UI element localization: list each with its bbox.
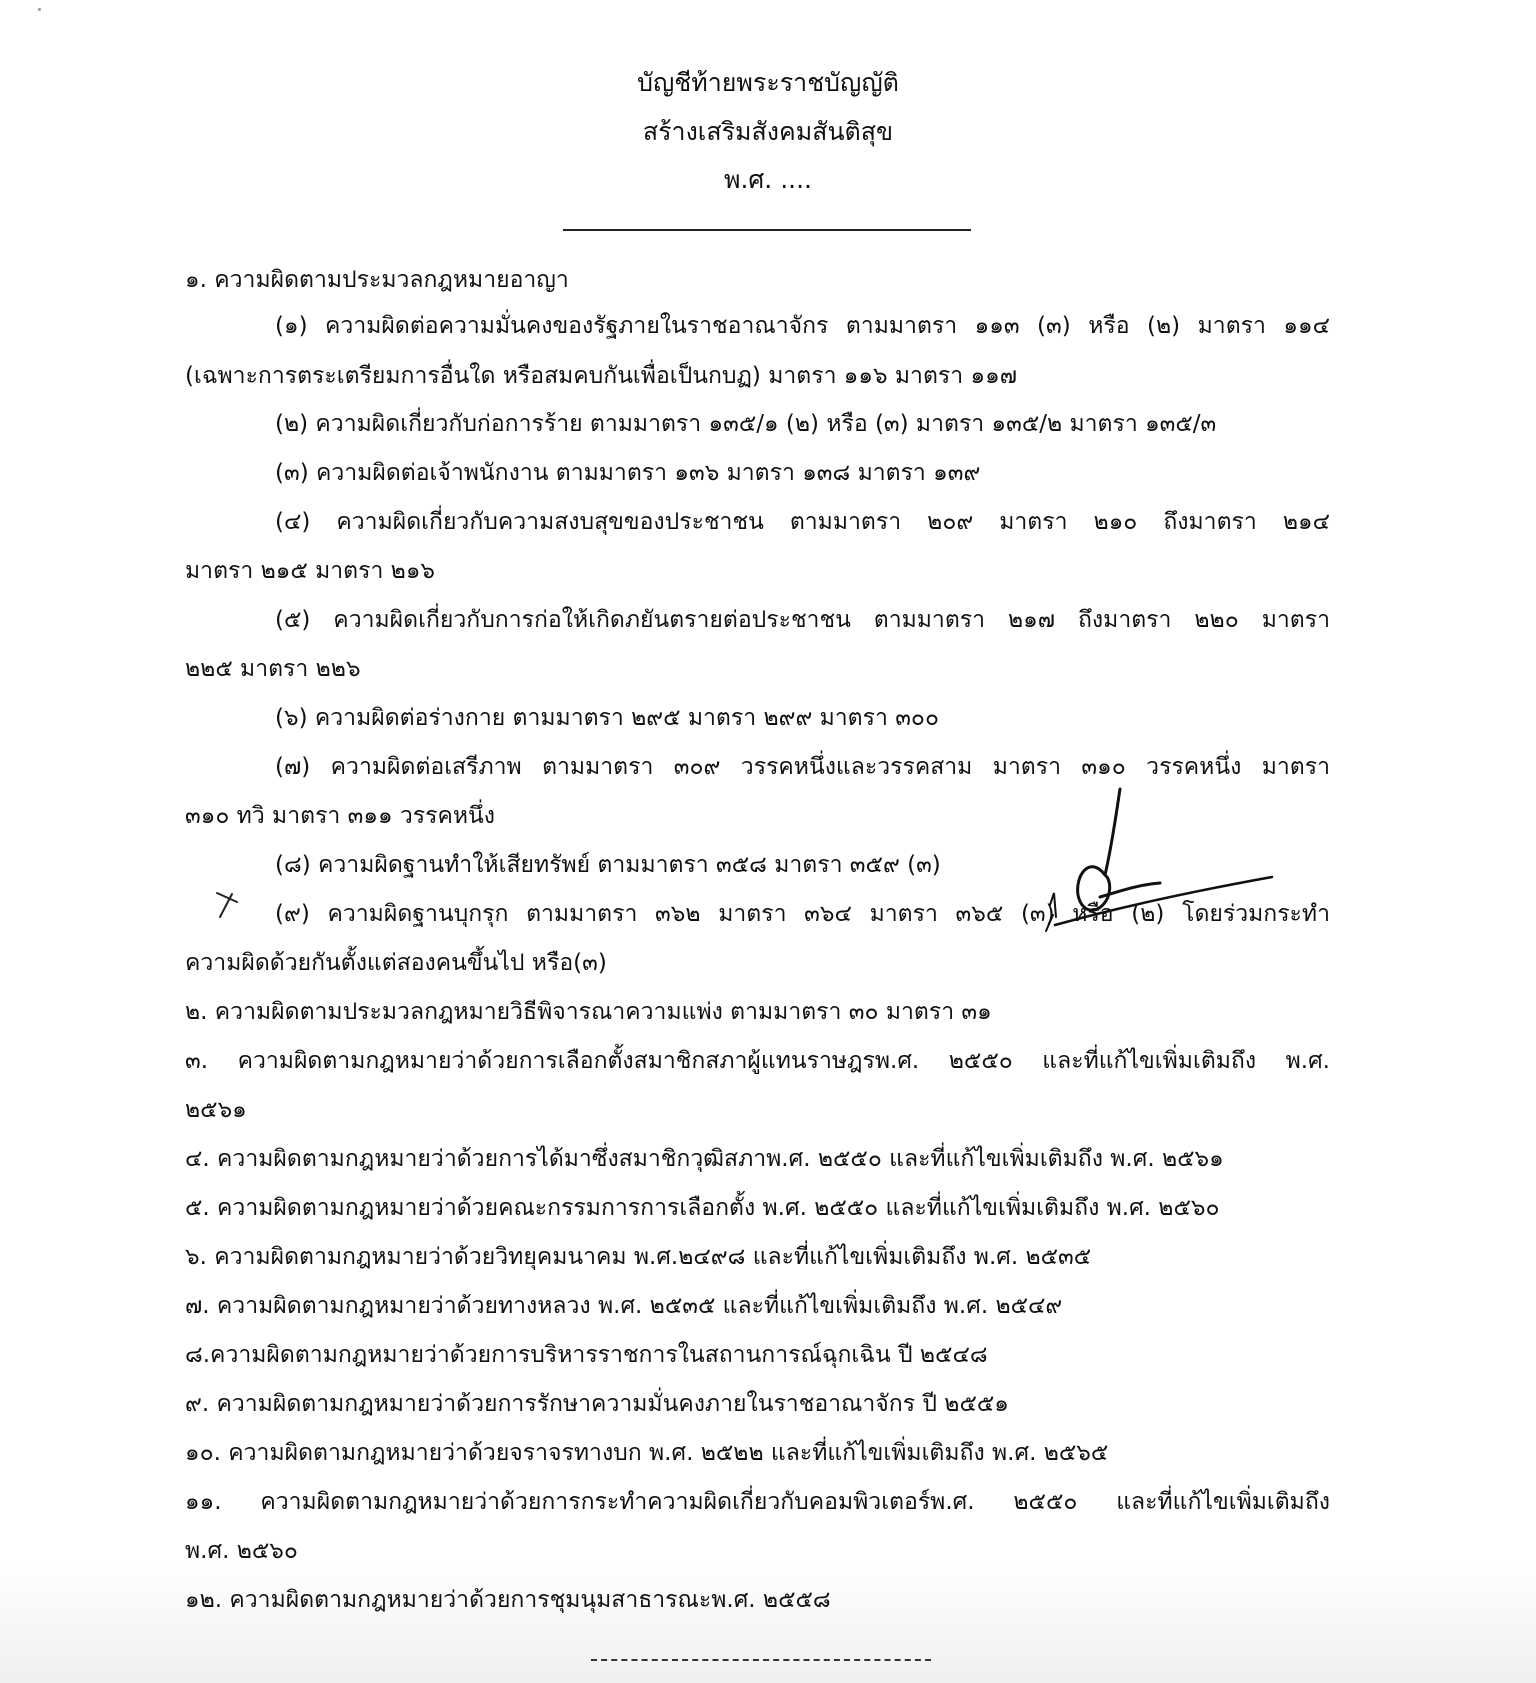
item-1-7-cont: ๓๑๐ ทวิ มาตรา ๓๑๑ วรรคหนึ่ง — [185, 801, 495, 831]
section-3-cont: ๒๕๖๑ — [185, 1095, 247, 1125]
item-1-6: (๖) ความผิดต่อร่างกาย ตามมาตรา ๒๙๕ มาตรา… — [275, 703, 939, 733]
section-6: ๖. ความผิดตามกฎหมายว่าด้วยวิทยุคมนาคม พ.… — [185, 1242, 1091, 1272]
document-page: บัญชีท้ายพระราชบัญญัติ สร้างเสริมสังคมสั… — [0, 0, 1536, 1683]
signature-icon — [1020, 785, 1280, 935]
section-4: ๔. ความผิดตามกฎหมายว่าด้วยการได้มาซึ่งสม… — [185, 1144, 1224, 1174]
document-title-year: พ.ศ. .... — [0, 165, 1536, 195]
handwritten-x-mark-icon — [214, 890, 240, 920]
title-divider — [563, 229, 971, 231]
item-1-5-cont: ๒๒๕ มาตรา ๒๒๖ — [185, 654, 361, 684]
item-1-4-cont: มาตรา ๒๑๕ มาตรา ๒๑๖ — [185, 556, 435, 586]
scan-dot — [38, 8, 41, 11]
section-1-heading: ๑. ความผิดตามประมวลกฎหมายอาญา — [185, 265, 569, 295]
section-12: ๑๒. ความผิดตามกฎหมายว่าด้วยการชุมนุมสาธา… — [185, 1585, 831, 1615]
section-11: ๑๑. ความผิดตามกฎหมายว่าด้วยการกระทำความผ… — [185, 1487, 1330, 1517]
item-1-3: (๓) ความผิดต่อเจ้าพนักงาน ตามมาตรา ๑๓๖ ม… — [275, 458, 980, 488]
end-divider — [591, 1659, 931, 1661]
item-1-4: (๔) ความผิดเกี่ยวกับความสงบสุขของประชาชน… — [275, 507, 1330, 537]
item-1-1-cont: (เฉพาะการตระเตรียมการอื่นใด หรือสมคบกันเ… — [185, 361, 1017, 391]
section-11-cont: พ.ศ. ๒๕๖๐ — [185, 1536, 298, 1566]
section-2: ๒. ความผิดตามประมวลกฎหมายวิธีพิจารณาความ… — [185, 997, 992, 1027]
item-1-7: (๗) ความผิดต่อเสรีภาพ ตามมาตรา ๓๐๙ วรรคห… — [275, 752, 1330, 782]
section-5: ๕. ความผิดตามกฎหมายว่าด้วยคณะกรรมการการเ… — [185, 1193, 1220, 1223]
section-8: ๘.ความผิดตามกฎหมายว่าด้วยการบริหารราชการ… — [185, 1340, 988, 1370]
document-title-line-1: บัญชีท้ายพระราชบัญญัติ — [0, 68, 1536, 98]
item-1-5: (๕) ความผิดเกี่ยวกับการก่อให้เกิดภยันตรา… — [275, 605, 1330, 635]
section-9: ๙. ความผิดตามกฎหมายว่าด้วยการรักษาความมั… — [185, 1389, 1009, 1419]
item-1-9-cont: ความผิดด้วยกันตั้งแต่สองคนขึ้นไป หรือ(๓) — [185, 948, 607, 978]
section-7: ๗. ความผิดตามกฎหมายว่าด้วยทางหลวง พ.ศ. ๒… — [185, 1291, 1062, 1321]
item-1-1: (๑) ความผิดต่อความมั่นคงของรัฐภายในราชอา… — [275, 311, 1330, 341]
section-10: ๑๐. ความผิดตามกฎหมายว่าด้วยจราจรทางบก พ.… — [185, 1438, 1108, 1468]
section-3: ๓. ความผิดตามกฎหมายว่าด้วยการเลือกตั้งสม… — [185, 1046, 1330, 1076]
item-1-2: (๒) ความผิดเกี่ยวกับก่อการร้าย ตามมาตรา … — [275, 409, 1216, 439]
item-1-8: (๘) ความผิดฐานทำให้เสียทรัพย์ ตามมาตรา ๓… — [275, 850, 941, 880]
document-title-line-2: สร้างเสริมสังคมสันติสุข — [0, 117, 1536, 147]
